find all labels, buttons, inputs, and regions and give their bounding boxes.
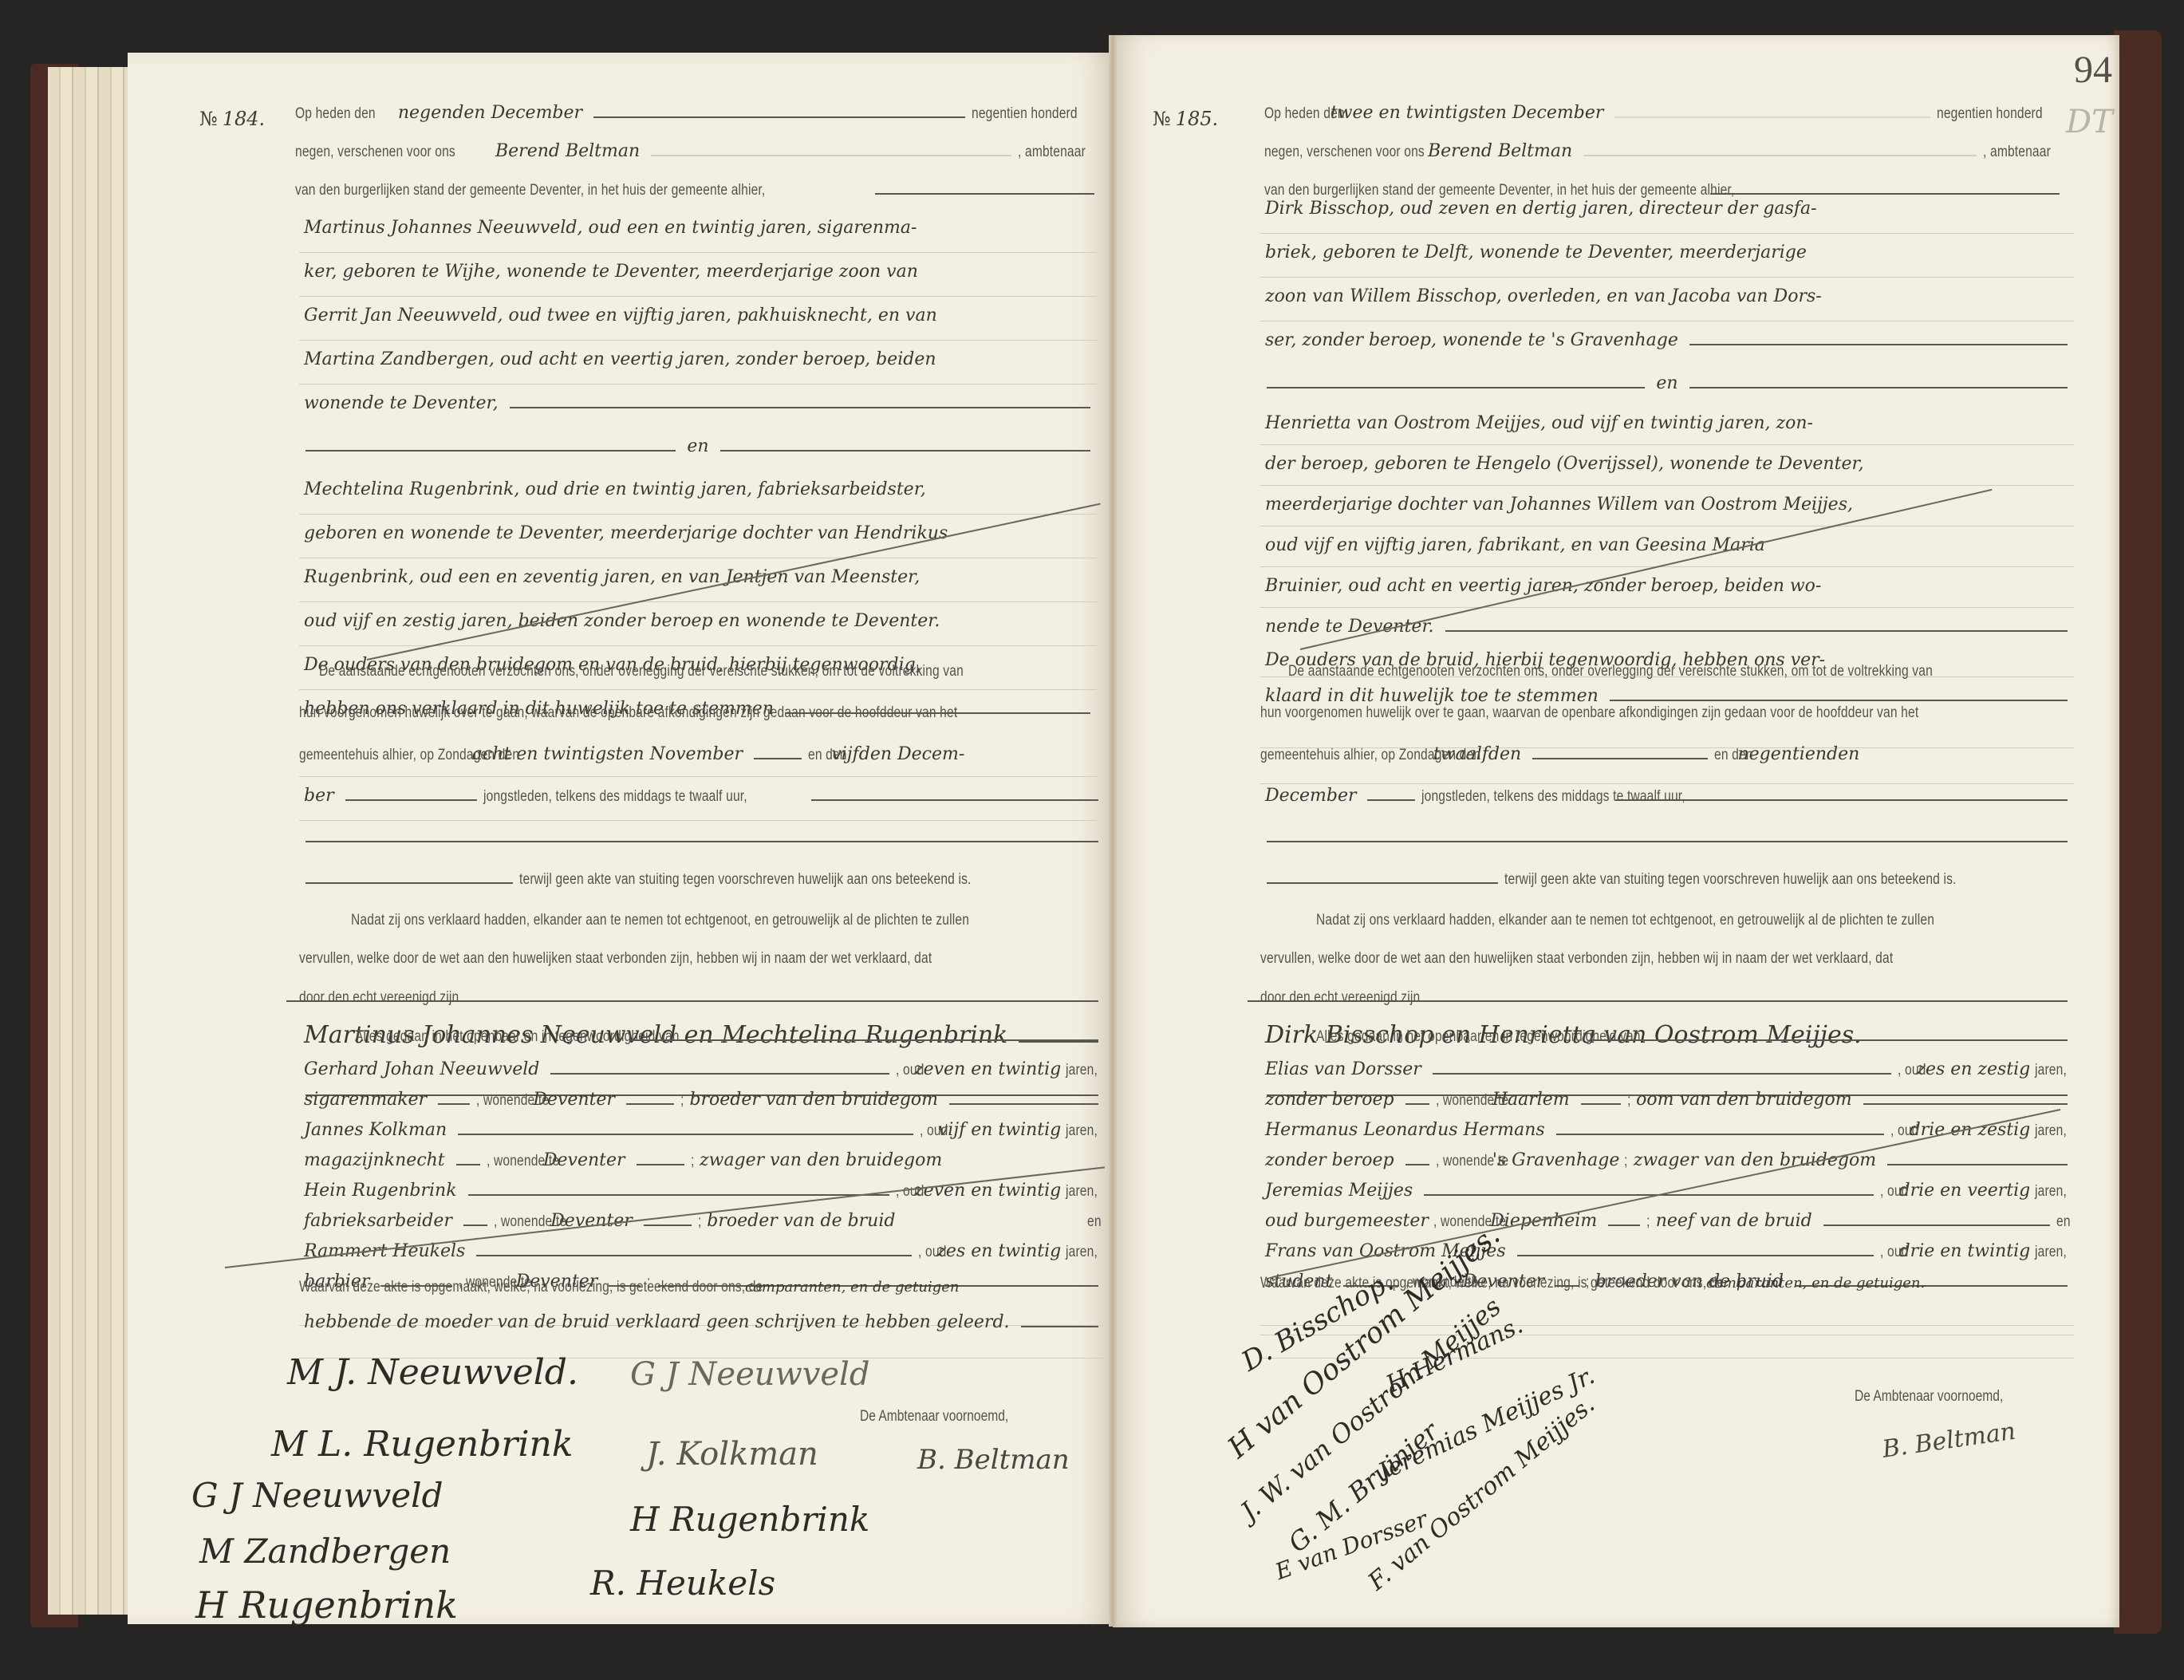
signature-father-bride: H Rugenbrink xyxy=(195,1583,458,1627)
official-name: Berend Beltman xyxy=(495,132,640,171)
witness-row: Jannes Kolkman, oudvijf en twintigjaren, xyxy=(299,1111,1105,1142)
signature-witness-1: G J Neeuwveld xyxy=(630,1356,869,1393)
witness-row: Hermanus Leonardus Hermans, ouddrie en z… xyxy=(1260,1111,2074,1142)
signature-bride: M L. Rugenbrink xyxy=(271,1424,574,1465)
signature-ambtenaar-left: B. Beltman xyxy=(917,1444,1070,1476)
signature-father-groom: G J Neeuwveld xyxy=(191,1476,443,1515)
book-gutter xyxy=(1109,35,1117,1627)
witness-row: Gerhard Johan Neeuwveld, oudzeven en twi… xyxy=(299,1051,1105,1081)
book-cover-right xyxy=(2114,30,2162,1634)
witness-row: Frans van Oostrom Meijjes, ouddrie en tw… xyxy=(1260,1232,2074,1263)
ambtenaar-label-right: De Ambtenaar voornoemd, xyxy=(1855,1388,2003,1406)
page-number: 94 xyxy=(2074,48,2112,92)
acte-number-right: №185. xyxy=(1153,108,1218,130)
signature-witness-3: H Rugenbrink xyxy=(630,1500,869,1539)
left-act-intro: Op heden den negenden December negentien… xyxy=(295,94,1101,209)
signature-witness-4: R. Heukels xyxy=(590,1564,775,1603)
witness-row: Jeremias Meijjes, ouddrie en veertigjare… xyxy=(1260,1172,2074,1202)
signature-witness-2: J. Kolkman xyxy=(646,1436,818,1473)
witness-row: Rammert Heukels, oudzes en twintigjaren, xyxy=(299,1232,1105,1263)
act-date: twee en twintigsten December xyxy=(1331,94,1604,132)
ambtenaar-label-left: De Ambtenaar voornoemd, xyxy=(860,1408,1008,1426)
act-date: negenden December xyxy=(398,94,582,132)
acte-number-left: №184. xyxy=(199,108,265,130)
pencil-annotation: DT xyxy=(2066,104,2113,140)
signature-groom: M J. Neeuwveld. xyxy=(287,1352,578,1393)
official-name: Berend Beltman xyxy=(1428,132,1572,171)
signature-mother-groom: M Zandbergen xyxy=(199,1532,451,1571)
witness-row: Elias van Dorsser, oudzes en zestigjaren… xyxy=(1260,1051,2074,1081)
left-closing: Waarvan deze akte is opgemaakt, welke, n… xyxy=(299,1268,1105,1339)
page-edges xyxy=(48,67,128,1615)
witness-row: Hein Rugenbrink, oudzeven en twintigjare… xyxy=(299,1172,1105,1202)
